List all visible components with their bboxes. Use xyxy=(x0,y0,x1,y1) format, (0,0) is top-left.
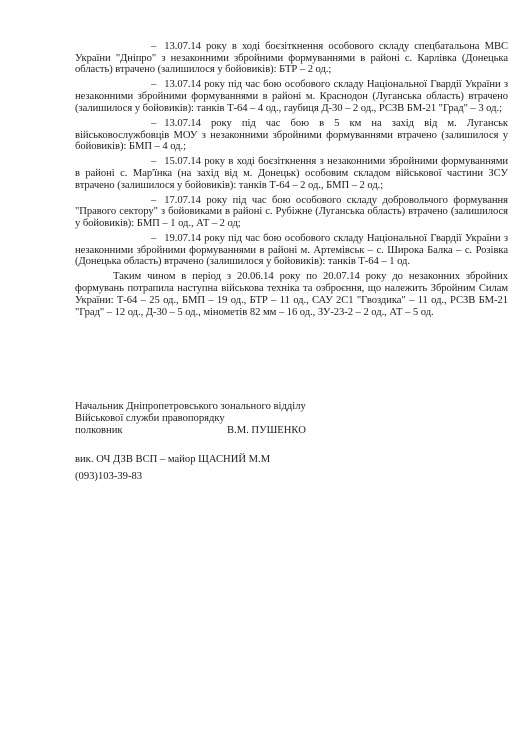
contact-block: вик. ОЧ ДЗВ ВСП – майор ЩАСНИЙ М.М (093)… xyxy=(75,451,375,485)
incident-paragraph-5: –17.07.14 року під час бою особового скл… xyxy=(75,195,508,230)
phone-number: (093)103-39-83 xyxy=(75,468,375,485)
list-dash: – xyxy=(113,195,156,207)
list-dash: – xyxy=(113,156,156,168)
list-dash: – xyxy=(113,233,156,245)
signature-block: Начальник Дніпропетровського зонального … xyxy=(75,401,375,437)
incident-paragraph-6: –19.07.14 року під час бою особового скл… xyxy=(75,233,508,268)
signature-position-line-2: Військової служби правопорядку xyxy=(75,413,375,425)
signature-rank: полковник xyxy=(75,425,123,436)
incident-paragraph-1: –13.07.14 року в ході боєзіткнення особо… xyxy=(75,41,508,76)
signature-rank-row: полковник В.М. ПУШЕНКО xyxy=(75,425,375,437)
signature-position-line-1: Начальник Дніпропетровського зонального … xyxy=(75,401,375,413)
document-body: –13.07.14 року в ході боєзіткнення особо… xyxy=(75,41,508,322)
incident-paragraph-2: –13.07.14 року під час бою особового скл… xyxy=(75,79,508,114)
incident-paragraph-3: –13.07.14 року під час бою в 5 км на зах… xyxy=(75,118,508,153)
list-dash: – xyxy=(113,79,156,91)
summary-paragraph: Таким чином в період з 20.06.14 року по … xyxy=(75,271,508,318)
list-dash: – xyxy=(113,41,156,53)
signature-name: В.М. ПУШЕНКО xyxy=(227,425,306,437)
incident-paragraph-4: –15.07.14 року в ході боєзіткнення з нез… xyxy=(75,156,508,191)
executor-line: вик. ОЧ ДЗВ ВСП – майор ЩАСНИЙ М.М xyxy=(75,451,375,468)
list-dash: – xyxy=(113,118,156,130)
